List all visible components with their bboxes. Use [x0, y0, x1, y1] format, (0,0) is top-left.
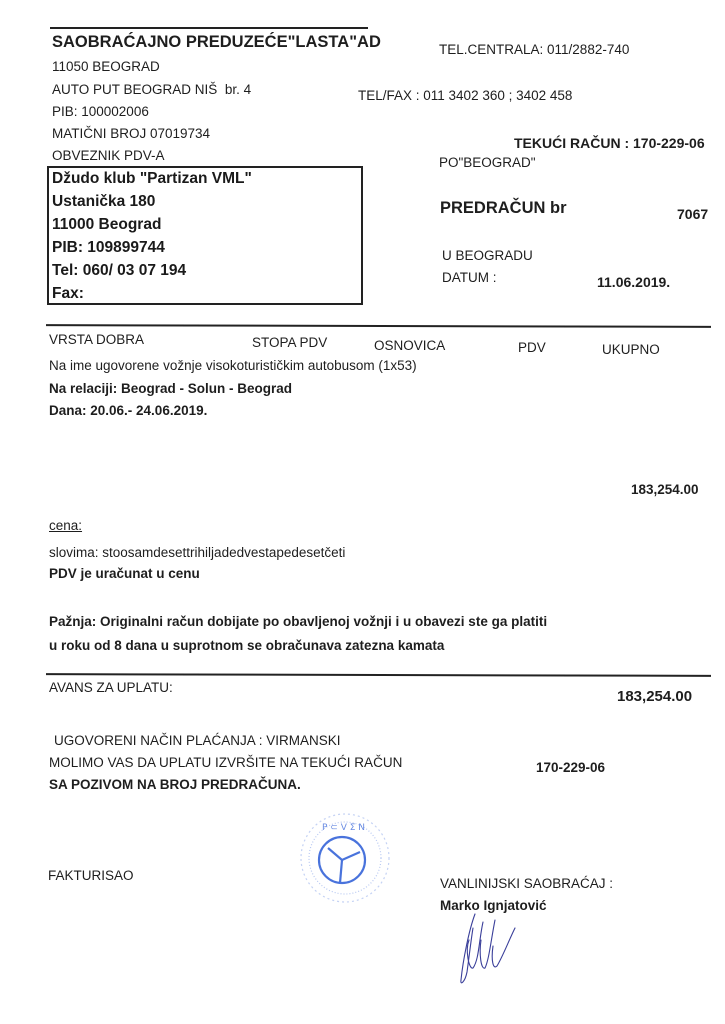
top-rule: [50, 27, 368, 29]
payment-reference: SA POZIVOM NA BROJ PREDRAČUNA.: [49, 777, 301, 792]
payment-method: UGOVORENI NAČIN PLAĆANJA : VIRMANSKI: [54, 733, 341, 748]
branch: PO"BEOGRAD": [439, 155, 536, 170]
payment-request: MOLIMO VAS DA UPLATU IZVRŠITE NA TEKUĆI …: [49, 755, 402, 770]
header-pdv: PDV: [518, 340, 546, 355]
advance-label: AVANS ZA UPLATU:: [49, 680, 173, 695]
signature-icon: [455, 910, 545, 990]
invoiced-by-label: FAKTURISAO: [48, 868, 134, 883]
table-top-rule: [46, 324, 711, 328]
notice-line-1: Pažnja: Originalni račun dobijate po oba…: [49, 614, 547, 629]
department-label: VANLINIJSKI SAOBRAĆAJ :: [440, 876, 613, 891]
recipient-pib: PIB: 109899744: [52, 239, 165, 257]
issuer-pib: PIB: 100002006: [52, 104, 149, 119]
issuer-name: SAOBRAĆAJNO PREDUZEĆE"LASTA"AD: [52, 33, 381, 52]
price-label: cena:: [49, 518, 82, 533]
item-total: 183,254.00: [631, 482, 699, 497]
tel-fax: TEL/FAX : 011 3402 360 ; 3402 458: [358, 88, 572, 103]
invoice-date: 11.06.2019.: [597, 274, 670, 290]
header-vrsta-dobra: VRSTA DOBRA: [49, 332, 144, 347]
recipient-box: Džudo klub "Partizan VML" Ustanička 180 …: [47, 166, 363, 305]
invoice-title: PREDRAČUN br: [440, 199, 567, 218]
recipient-name: Džudo klub "Partizan VML": [52, 170, 252, 188]
advance-amount: 183,254.00: [617, 688, 692, 705]
account-label: TEKUĆI RAČUN : 170-229-06: [514, 135, 705, 151]
payment-account: 170-229-06: [536, 760, 605, 775]
issuer-address: AUTO PUT BEOGRAD NIŠ br. 4: [52, 82, 251, 97]
issuer-address-street: AUTO PUT BEOGRAD NIŠ: [52, 82, 217, 97]
recipient-city: 11000 Beograd: [52, 216, 161, 234]
invoice-place: U BEOGRADU: [442, 248, 533, 263]
item-dates: Dana: 20.06.- 24.06.2019.: [49, 403, 207, 418]
header-ukupno: UKUPNO: [602, 342, 660, 357]
svg-text:P ⊂ V Σ N: P ⊂ V Σ N: [322, 823, 365, 833]
signature: [455, 910, 545, 995]
price-in-words: slovima: stoosamdesettrihiljadedvestaped…: [49, 545, 345, 560]
tel-central: TEL.CENTRALA: 011/2882-740: [439, 42, 629, 57]
recipient-fax: Fax:: [52, 285, 84, 303]
company-stamp: P ⊂ V Σ N: [290, 808, 400, 913]
invoice-date-label: DATUM :: [442, 270, 497, 285]
issuer-maticni: MATIČNI BROJ 07019734: [52, 126, 210, 141]
recipient-street: Ustanička 180: [52, 193, 155, 211]
header-osnovica: OSNOVICA: [374, 338, 445, 353]
notice-line-2: u roku od 8 dana u suprotnom se obračuna…: [49, 638, 444, 653]
issuer-vat-status: OBVEZNIK PDV-A: [52, 148, 165, 163]
item-description: Na ime ugovorene vožnje visokoturistički…: [49, 358, 417, 373]
item-route: Na relaciji: Beograd - Solun - Beograd: [49, 381, 292, 396]
invoice-number: 7067: [677, 206, 708, 222]
stamp-icon: P ⊂ V Σ N: [290, 808, 400, 908]
header-stopa-pdv: STOPA PDV: [252, 335, 327, 350]
advance-rule: [46, 673, 711, 677]
issuer-address-number: br. 4: [225, 82, 251, 97]
recipient-tel: Tel: 060/ 03 07 194: [52, 262, 186, 280]
issuer-postal: 11050 BEOGRAD: [52, 59, 160, 74]
vat-note: PDV je uračunat u cenu: [49, 566, 200, 581]
